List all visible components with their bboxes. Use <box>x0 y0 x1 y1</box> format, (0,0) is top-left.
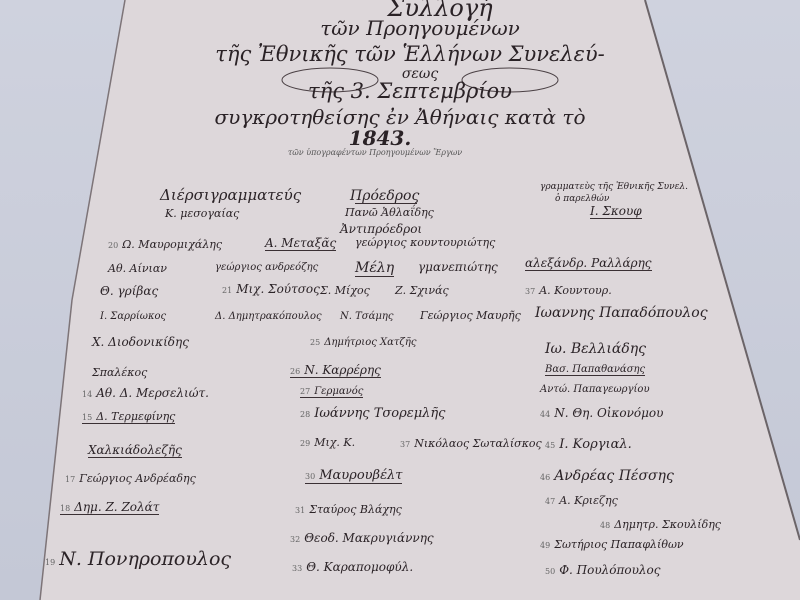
signature: Ιωαννης Παπαδόπουλος <box>535 305 708 321</box>
note-line: γραμματεὺς τῆς Ἐθνικῆς Συνελ. <box>540 182 688 192</box>
signature: 18Δημ. Ζ. Ζολάτ <box>60 500 159 515</box>
signature: Σπαλέκος <box>92 366 147 379</box>
title-line-3: τῆς Ἐθνικῆς τῶν Ἑλλήνων Συνελεύ- <box>10 42 800 66</box>
signature: Ιω. Βελλιάδης <box>545 341 646 357</box>
president-heading: Πρόεδρος <box>350 188 419 204</box>
signature: Ν. Τσάμης <box>340 311 393 322</box>
signature: 28Ιωάννης Τσορεμλῆς <box>300 406 445 421</box>
signature: 50Φ. Πουλόπουλος <box>545 563 660 577</box>
president-name: Πανῶ Ἀθλαΐδης <box>345 206 434 219</box>
signature: Ι. Σκουφ <box>590 204 642 219</box>
signature: 32Θεοδ. Μακρυγιάννης <box>290 531 434 545</box>
note-line: ὁ παρελθών <box>555 194 609 204</box>
signature: 37Α. Κουντουρ. <box>525 284 612 297</box>
signature: γμανεπιώτης <box>418 260 498 274</box>
signature: 25Δημήτριος Χατζῆς <box>310 337 416 348</box>
signature: 26Ν. Καρρέρης <box>290 363 381 378</box>
signature: Γεώργιος Μαυρῆς <box>420 309 521 322</box>
signature: 15Δ. Τερμεφίνης <box>82 410 175 424</box>
signature: Δ. Δημητρακόπουλος <box>215 311 322 322</box>
signature: 49Σωτήριος Παπαφλίθων <box>540 538 684 551</box>
signature: 19Ν. Πονηροπουλος <box>45 548 231 570</box>
signature: Α. Μεταξᾶς <box>265 236 336 251</box>
signature: 44Ν. Θη. Οἰκονόμου <box>540 406 663 420</box>
signature: Χ. Διοδονικίδης <box>92 335 189 349</box>
signature: Χαλκιάδολεζῆς <box>88 443 182 458</box>
vice-heading: Ἀντιπρόεδροι <box>340 222 422 236</box>
signature: Αθ. Αίνιαν <box>108 262 167 275</box>
signature: Μέλη <box>355 260 394 277</box>
signature: 31Σταύρος Βλάχης <box>295 503 402 516</box>
signature: γεώργιος κουντουριώτης <box>355 236 495 249</box>
signature: 14Αθ. Δ. Μερσελιώτ. <box>82 386 209 400</box>
signature: 27Γερμανός <box>300 386 363 398</box>
signature: Διέρσιγραμματεύς <box>160 186 301 204</box>
signature: 30Μαυρουβέλτ <box>305 468 402 484</box>
signature: Κ. μεσογαίας <box>165 207 239 220</box>
signature: 20Ω. Μαυρομιχάλης <box>108 238 222 251</box>
divider <box>355 203 417 204</box>
signature: 17Γεώργιος Ανδρέαδης <box>65 472 196 485</box>
signature: Βασ. Παπαθανάσης <box>545 364 645 376</box>
signature: Ι. Σαρρίωκος <box>100 311 166 322</box>
signature: γεώργιος ανδρεόζης <box>215 262 318 273</box>
signature: 33Θ. Καραπομοφύλ. <box>292 560 413 574</box>
signature: 47Α. Κριεζης <box>545 494 618 507</box>
title-year: 1843. <box>0 126 780 150</box>
title-line-5: τῆς 3. Σεπτεμβρίου <box>10 79 800 103</box>
signature: Ζ. Σχινάς <box>395 284 449 297</box>
signature: Αντώ. Παπαγεωργίου <box>540 384 650 395</box>
signature: 48Δημητρ. Σκουλίδης <box>600 518 721 531</box>
title-line-2: τῶν Προηγουμένων <box>20 16 800 40</box>
signature: 37Νικόλαος Σωταλίσκος <box>400 437 542 450</box>
signature: Θ. γρίβας <box>100 284 158 298</box>
signature: 46Ανδρέας Πέσσης <box>540 468 674 484</box>
signature: αλεξάνδρ. Ραλλάρης <box>525 256 652 271</box>
signature: 29Μιχ. Κ. <box>300 436 355 449</box>
signature: 21Μιχ. Σούτσος <box>222 282 320 296</box>
title-subtitle: τῶν ὑπογραφέντων Προηγουμένων Ἔργων <box>0 148 775 157</box>
signature: Σ. Μίχος <box>320 284 370 297</box>
signature: 45Ι. Κοργιαλ. <box>545 437 632 452</box>
